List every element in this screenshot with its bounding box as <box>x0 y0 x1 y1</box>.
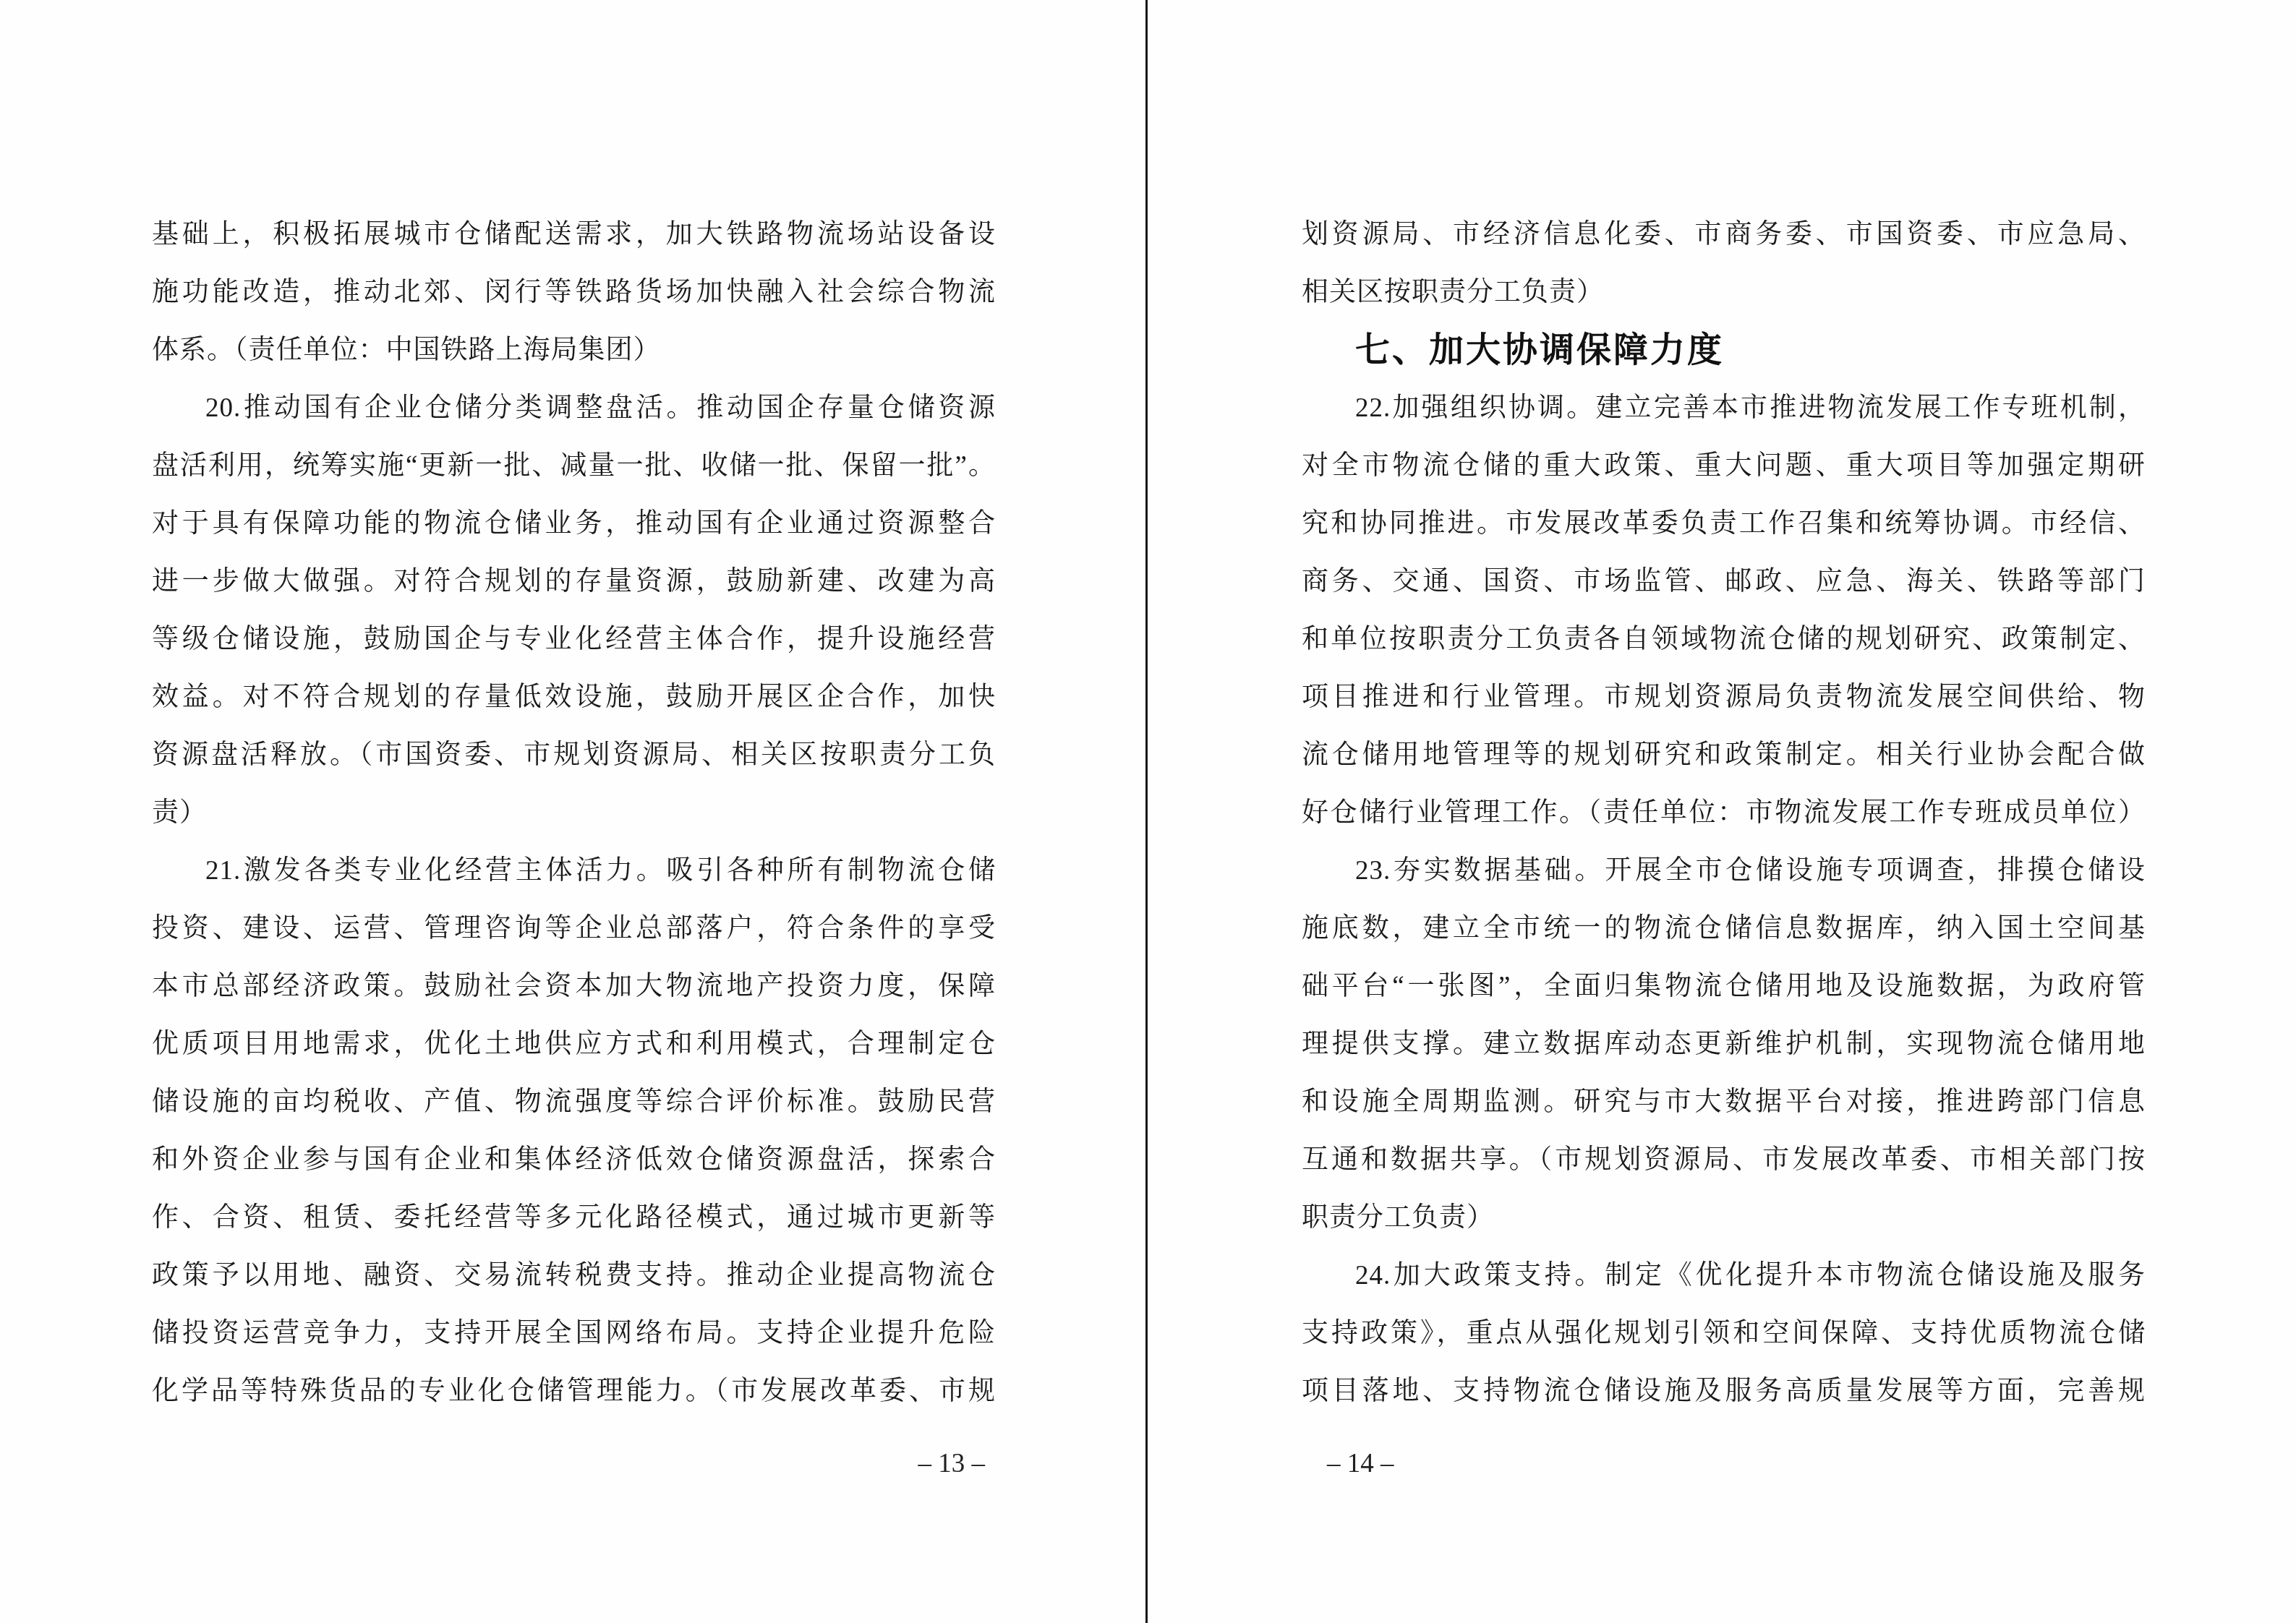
text-line: 23.夯实数据基础。开展全市仓储设施专项调查，排摸仓储设 <box>1302 842 2146 900</box>
text-line: 22.加强组织协调。建立完善本市推进物流发展工作专班机制， <box>1302 380 2146 437</box>
section-heading: 七、加大协调保障力度 <box>1302 322 2146 380</box>
document-spread: 基础上，积极拓展城市仓储配送需求，加大铁路物流场站设备设施功能改造，推动北郊、闵… <box>0 0 2296 1623</box>
text-line: 商务、交通、国资、市场监管、邮政、应急、海关、铁路等部门 <box>1302 553 2146 611</box>
text-line: 进一步做大做强。对符合规划的存量资源，鼓励新建、改建为高 <box>152 553 996 611</box>
text-line: 责） <box>152 784 996 842</box>
text-line: 施功能改造，推动北郊、闵行等铁路货场加快融入社会综合物流 <box>152 264 996 322</box>
text-line: 作、合资、租赁、委托经营等多元化路径模式，通过城市更新等 <box>152 1189 996 1247</box>
text-line: 流仓储用地管理等的规划研究和政策制定。相关行业协会配合做 <box>1302 727 2146 784</box>
text-block: 基础上，积极拓展城市仓储配送需求，加大铁路物流场站设备设施功能改造，推动北郊、闵… <box>152 206 996 1421</box>
text-line: 项目推进和行业管理。市规划资源局负责物流发展空间供给、物 <box>1302 669 2146 727</box>
text-line: 等级仓储设施，鼓励国企与专业化经营主体合作，提升设施经营 <box>152 611 996 669</box>
text-line: 储投资运营竞争力，支持开展全国网络布局。支持企业提升危险 <box>152 1305 996 1363</box>
text-line: 20.推动国有企业仓储分类调整盘活。推动国企存量仓储资源 <box>152 380 996 437</box>
text-line: 21.激发各类专业化经营主体活力。吸引各种所有制物流仓储 <box>152 842 996 900</box>
text-line: 和设施全周期监测。研究与市大数据平台对接，推进跨部门信息 <box>1302 1074 2146 1131</box>
text-line: 互通和数据共享。（市规划资源局、市发展改革委、市相关部门按 <box>1302 1131 2146 1189</box>
page-divider <box>1145 0 1148 1623</box>
text-line: 究和协同推进。市发展改革委负责工作召集和统筹协调。市经信、 <box>1302 495 2146 553</box>
text-line: 职责分工负责） <box>1302 1189 2146 1247</box>
text-line: 项目落地、支持物流仓储设施及服务高质量发展等方面，完善规 <box>1302 1363 2146 1421</box>
page-14: 划资源局、市经济信息化委、市商务委、市国资委、市应急局、相关区按职责分工负责）七… <box>1148 0 2296 1623</box>
text-line: 本市总部经济政策。鼓励社会资本加大物流地产投资力度，保障 <box>152 958 996 1016</box>
text-line: 对全市物流仓储的重大政策、重大问题、重大项目等加强定期研 <box>1302 437 2146 495</box>
text-block: 划资源局、市经济信息化委、市商务委、市国资委、市应急局、相关区按职责分工负责）七… <box>1302 206 2146 1421</box>
text-line: 储设施的亩均税收、产值、物流强度等综合评价标准。鼓励民营 <box>152 1074 996 1131</box>
text-line: 资源盘活释放。（市国资委、市规划资源局、相关区按职责分工负 <box>152 727 996 784</box>
text-line: 盘活利用，统筹实施“更新一批、减量一批、收储一批、保留一批”。 <box>152 437 996 495</box>
text-line: 对于具有保障功能的物流仓储业务，推动国有企业通过资源整合 <box>152 495 996 553</box>
text-line: 和外资企业参与国有企业和集体经济低效仓储资源盘活，探索合 <box>152 1131 996 1189</box>
text-line: 理提供支撑。建立数据库动态更新维护机制，实现物流仓储用地 <box>1302 1016 2146 1074</box>
text-line: 相关区按职责分工负责） <box>1302 264 2146 322</box>
text-line: 础平台“一张图”，全面归集物流仓储用地及设施数据，为政府管 <box>1302 958 2146 1016</box>
text-line: 体系。（责任单位：中国铁路上海局集团） <box>152 322 996 380</box>
text-line: 投资、建设、运营、管理咨询等企业总部落户，符合条件的享受 <box>152 900 996 958</box>
text-line: 好仓储行业管理工作。（责任单位：市物流发展工作专班成员单位） <box>1302 784 2146 842</box>
page-13: 基础上，积极拓展城市仓储配送需求，加大铁路物流场站设备设施功能改造，推动北郊、闵… <box>0 0 1145 1623</box>
page-number: – 14 – <box>1302 1442 2146 1486</box>
text-line: 划资源局、市经济信息化委、市商务委、市国资委、市应急局、 <box>1302 206 2146 264</box>
text-line: 化学品等特殊货品的专业化仓储管理能力。（市发展改革委、市规 <box>152 1363 996 1421</box>
text-line: 基础上，积极拓展城市仓储配送需求，加大铁路物流场站设备设 <box>152 206 996 264</box>
text-line: 优质项目用地需求，优化土地供应方式和利用模式，合理制定仓 <box>152 1016 996 1074</box>
text-line: 和单位按职责分工负责各自领域物流仓储的规划研究、政策制定、 <box>1302 611 2146 669</box>
text-line: 政策予以用地、融资、交易流转税费支持。推动企业提高物流仓 <box>152 1247 996 1305</box>
text-line: 效益。对不符合规划的存量低效设施，鼓励开展区企合作，加快 <box>152 669 996 727</box>
text-line: 支持政策》，重点从强化规划引领和空间保障、支持优质物流仓储 <box>1302 1305 2146 1363</box>
text-line: 施底数，建立全市统一的物流仓储信息数据库，纳入国土空间基 <box>1302 900 2146 958</box>
page-number: – 13 – <box>152 1442 996 1486</box>
text-line: 24.加大政策支持。制定《优化提升本市物流仓储设施及服务 <box>1302 1247 2146 1305</box>
